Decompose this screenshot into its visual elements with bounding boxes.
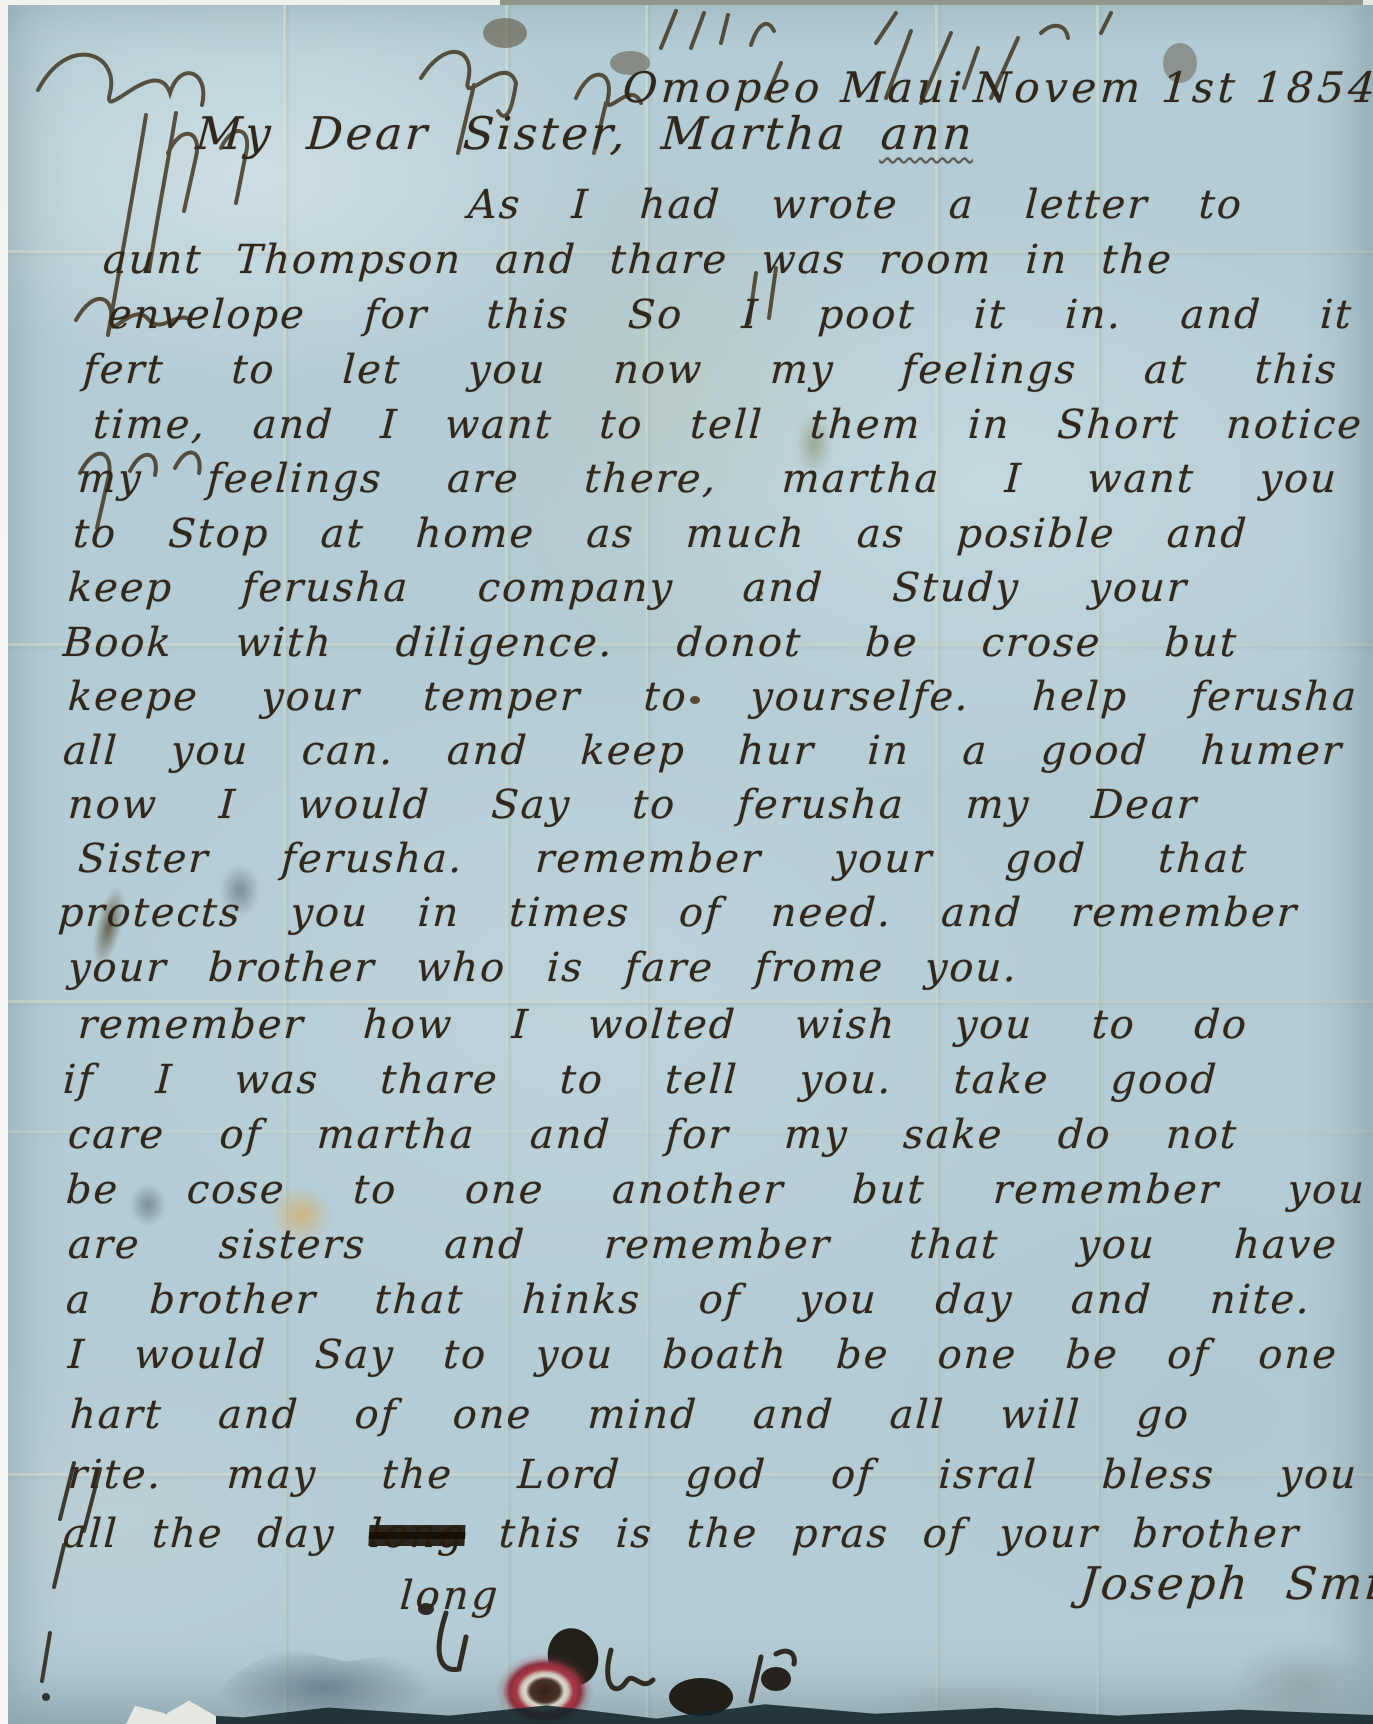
dateline-date: Novem 1st 1854	[972, 63, 1373, 112]
letter-line: Sister ferusha. remember your god that	[77, 837, 1249, 881]
letter-line: rite. may the Lord god of isral bless yo…	[67, 1453, 1359, 1497]
letter-line: keepe your temper to yourselfe. help fer…	[67, 675, 1359, 719]
letter-line: are sisters and remember that you have	[67, 1223, 1339, 1267]
dateline-place: Omopeo Maui	[621, 63, 967, 112]
letter-line: remember how I wolted wish you to do	[77, 1003, 1249, 1047]
salutation-text: My Dear Sister, Martha	[194, 107, 849, 160]
letter-line: aunt Thompson and thare was room in the	[102, 238, 1174, 282]
stain-gray-patch-bottom-right	[1230, 1641, 1373, 1724]
letter-paper: Omopeo Maui Novem 1st 1854 My Dear Siste…	[8, 5, 1373, 1724]
letter-line: care of martha and for my sake do not	[67, 1113, 1239, 1157]
letter-line: my feelings are there, martha I want you	[77, 457, 1339, 501]
last-line: all the day long this is the pras of you…	[62, 1511, 1301, 1557]
letter-line: hart and of one mind and all will go	[69, 1393, 1191, 1437]
letter-line: protects you in times of need. and remem…	[57, 891, 1299, 935]
letter-line: envelope for this So I poot it in. and i…	[107, 293, 1354, 337]
torn-bottom-edge	[158, 1694, 1373, 1724]
dateline: Omopeo Maui Novem 1st 1854	[621, 63, 1373, 112]
letter-line: to Stop at home as much as posible and	[72, 512, 1249, 556]
letter-line: time, and I want to tell them in Short n…	[92, 403, 1364, 447]
letter-line: fert to let you now my feelings at this	[82, 348, 1339, 392]
scratched-word: long	[368, 1511, 467, 1557]
letter-line: a brother that hinks of you day and nite…	[65, 1278, 1312, 1322]
letter-line: all you can. and keep hur in a good hume…	[62, 729, 1344, 773]
stain-slate-patch-bottom-left	[216, 1647, 431, 1724]
letter-line: now I would Say to ferusha my Dear	[67, 783, 1199, 827]
torn-bottom-white-bits	[126, 1698, 216, 1724]
last-line-pre: all the day	[62, 1511, 337, 1557]
stain-wax-seal	[496, 1653, 594, 1724]
letter-line: I would Say to you boath be one be of on…	[67, 1333, 1339, 1377]
letter-line: keep ferusha company and Study your	[67, 566, 1189, 610]
letter-line: if I was thare to tell you. take good	[62, 1058, 1219, 1102]
last-line-post: this is the pras of your brother	[498, 1511, 1301, 1557]
letter-line: Book with diligence. donot be crose but	[62, 621, 1239, 665]
letter-line: your brother who is fare frome you.	[67, 946, 1019, 990]
signature: Joseph Smith	[1078, 1557, 1373, 1610]
scanned-letter: Omopeo Maui Novem 1st 1854 My Dear Siste…	[0, 0, 1373, 1724]
letter-line: As I had wrote a letter to	[467, 183, 1244, 227]
stain-gray-patch-bottom-mid	[870, 1683, 1080, 1724]
salutation-name-scribble: ann	[879, 107, 977, 160]
rewritten-word: long	[398, 1573, 501, 1619]
salutation: My Dear Sister, Martha ann	[194, 107, 976, 160]
letter-line: be cose to one another but remember you	[65, 1168, 1367, 1212]
